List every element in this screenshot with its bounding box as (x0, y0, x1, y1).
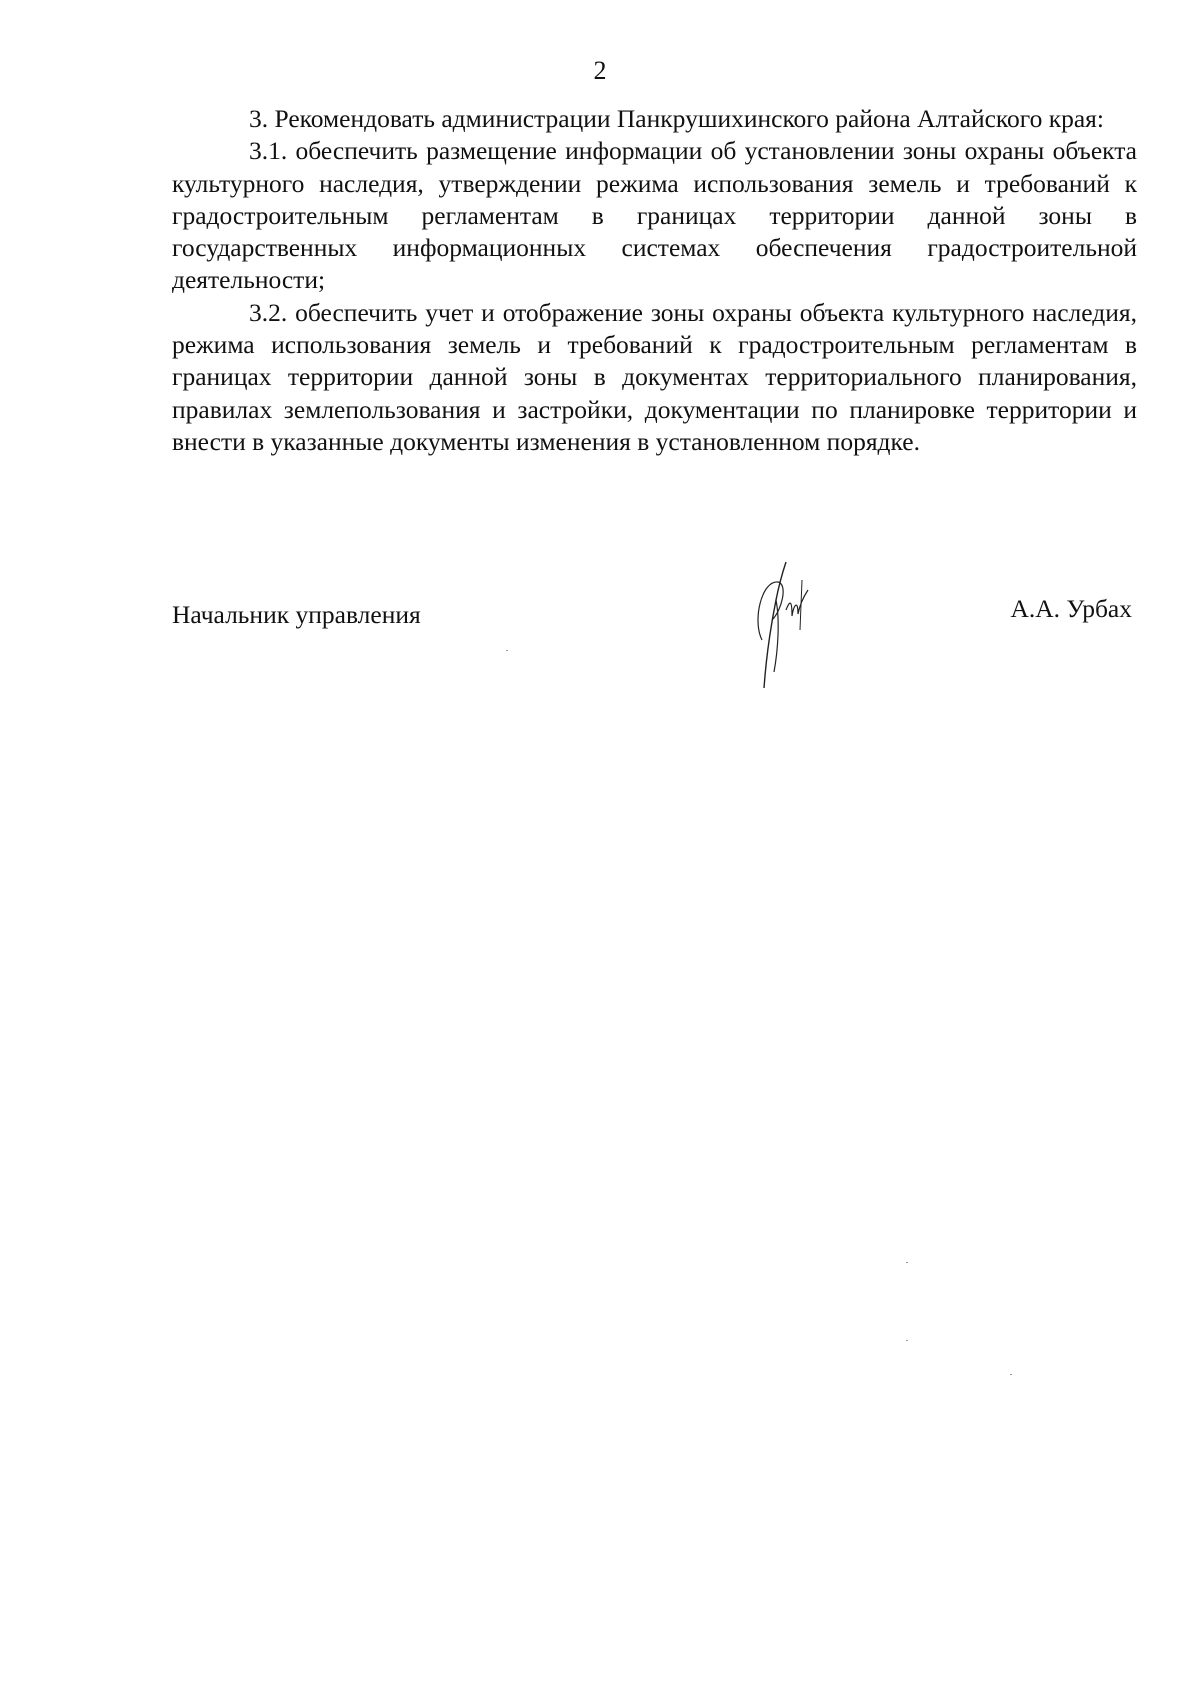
paragraph-3-2: 3.2. обеспечить учет и отображение зоны … (172, 297, 1137, 458)
signatory-name: А.А. Урбах (1010, 594, 1132, 624)
scan-speck (1010, 1374, 1012, 1375)
paragraph-3: 3. Рекомендовать администрации Панкруших… (172, 103, 1137, 135)
document-body: 3. Рекомендовать администрации Панкруших… (172, 103, 1137, 458)
paragraph-3-1: 3.1. обеспечить размещение информации об… (172, 135, 1137, 296)
signatory-position: Начальник управления (172, 600, 421, 630)
scan-speck (506, 650, 508, 651)
document-page: 2 3. Рекомендовать администрации Панкруш… (0, 0, 1200, 1697)
page-number: 2 (0, 56, 1200, 86)
scan-speck (906, 1262, 908, 1263)
handwritten-signature-icon (742, 560, 832, 690)
scan-speck (906, 1340, 908, 1341)
